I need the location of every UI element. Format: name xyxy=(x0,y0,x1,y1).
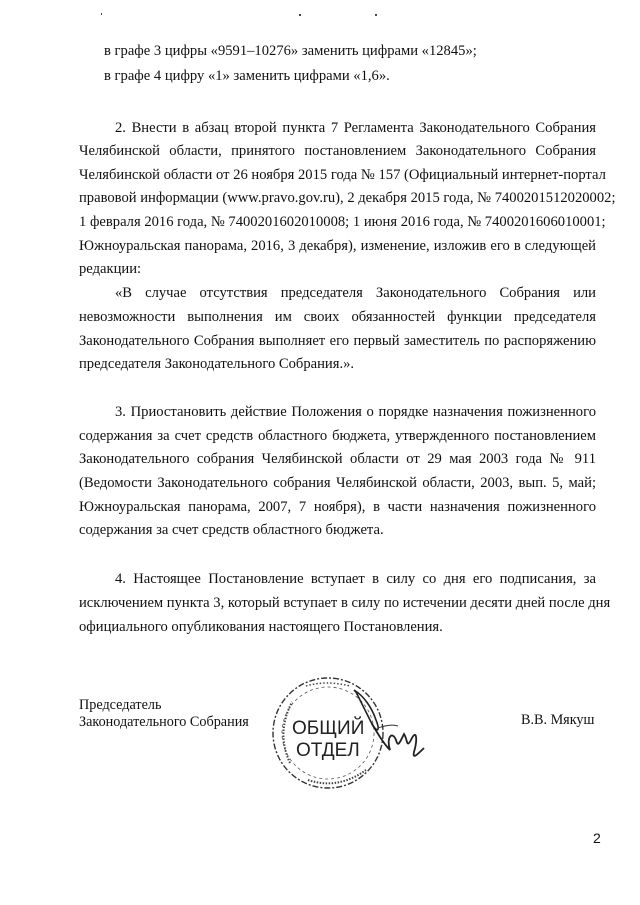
svg-text:ОБЩИЙ: ОБЩИЙ xyxy=(292,717,364,739)
paragraph-2-line: Южноуральская панорама, 2016, 3 декабря)… xyxy=(79,237,596,255)
paragraph-3-line: 3. Приостановить действие Положения о по… xyxy=(115,403,596,421)
paragraph-3-line: содержания за счет средств областного бю… xyxy=(79,427,596,445)
quote-line: председателя Законодательного Собрания.»… xyxy=(79,355,596,373)
paragraph-4-line: официального опубликования настоящего По… xyxy=(79,618,596,636)
signatory-name: В.В. Мякуш xyxy=(521,712,594,729)
quote-line: «В случае отсутствия председателя Законо… xyxy=(115,284,596,302)
scan-speck xyxy=(375,14,377,16)
svg-text:ОТДЕЛ: ОТДЕЛ xyxy=(296,740,360,761)
paragraph-4-line: 4. Настоящее Постановление вступает в си… xyxy=(115,570,596,588)
paragraph-2-line: Челябинской области от 26 ноября 2015 го… xyxy=(79,166,596,184)
quote-line: Законодательного Собрания выполняет его … xyxy=(79,332,596,350)
paragraph-2-line: Челябинской области, принятого постановл… xyxy=(79,142,596,160)
official-stamp: ОБЩИЙ ОТДЕЛ xyxy=(268,668,443,793)
paragraph-2-line: 2. Внести в абзац второй пункта 7 Реглам… xyxy=(115,119,596,137)
intro-line: в графе 4 цифру «1» заменить цифрами «1,… xyxy=(104,67,584,85)
document-page: в графе 3 цифры «9591–10276» заменить ци… xyxy=(0,0,640,905)
scan-speck xyxy=(101,13,102,15)
paragraph-3-line: содержания за счет средств областного бю… xyxy=(79,521,596,539)
paragraph-4-line: исключением пункта 3, который вступает в… xyxy=(79,594,596,612)
paragraph-2-line: 1 февраля 2016 года, № 7400201602010008;… xyxy=(79,213,596,231)
signatory-title: Законодательного Собрания xyxy=(79,714,249,731)
signatory-title: Председатель xyxy=(79,697,161,714)
stamp-icon: ОБЩИЙ ОТДЕЛ xyxy=(268,668,443,793)
paragraph-3-line: (Ведомости Законодательного собрания Чел… xyxy=(79,474,596,492)
paragraph-2-line: редакции: xyxy=(79,260,596,278)
intro-line: в графе 3 цифры «9591–10276» заменить ци… xyxy=(104,42,584,60)
page-number: 2 xyxy=(593,830,601,846)
paragraph-3-line: Законодательного собрания Челябинской об… xyxy=(79,450,596,468)
scan-speck xyxy=(299,14,301,16)
quote-line: невозможности выполнения им своих обязан… xyxy=(79,308,596,326)
paragraph-3-line: Южноуральская панорама, 2007, 7 ноября),… xyxy=(79,498,596,516)
paragraph-2-line: правовой информации (www.pravo.gov.ru), … xyxy=(79,189,596,207)
